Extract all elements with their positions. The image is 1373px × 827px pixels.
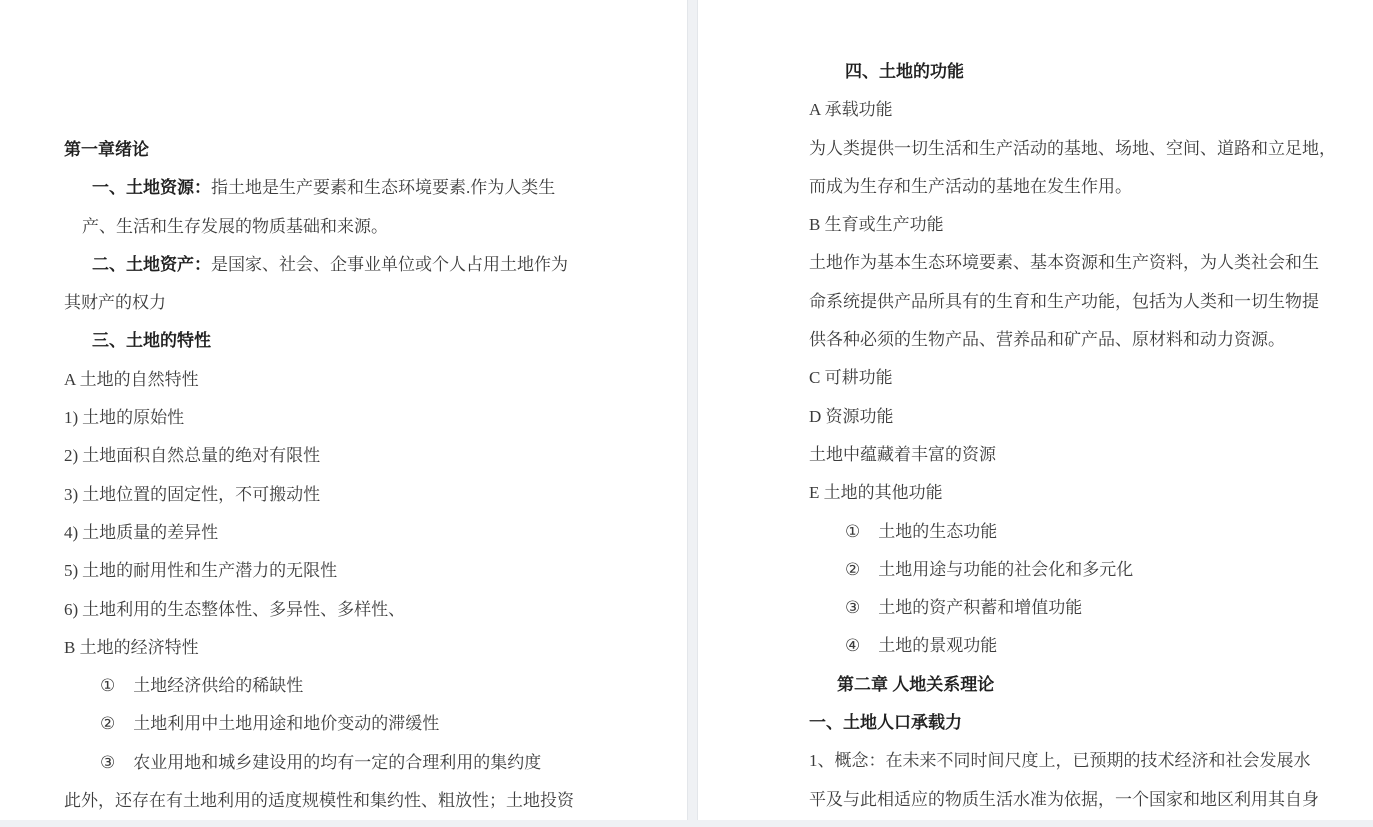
item-number: 2) (64, 437, 78, 475)
circled-number: ② (845, 551, 860, 589)
circled-number: ③ (100, 744, 115, 782)
numbered-item: 6)土地利用的生态整体性、多异性、多样性、 (64, 591, 687, 629)
page-1[interactable]: 第一章绪论 一、土地资源：指土地是生产要素和生态环境要素.作为人类生 产、生活和… (0, 0, 688, 820)
subsection-label: A 承载功能 (809, 91, 1373, 129)
text-line: 为人类提供一切生活和生产活动的基地、场地、空间、道路和立足地， (809, 130, 1373, 168)
text-line: 土地中蕴藏着丰富的资源 (809, 436, 1373, 474)
chapter-heading: 第二章 人地关系理论 (809, 666, 1373, 704)
text-line: 平及与此相适应的物质生活水准为依据，一个国家和地区利用其自身 (809, 781, 1373, 819)
numbered-item: 2)土地面积自然总量的绝对有限性 (64, 437, 687, 475)
circled-item: ②土地用途与功能的社会化和多元化 (809, 551, 1373, 589)
text-line: 产、生活和生存发展的物质基础和来源。 (64, 208, 687, 246)
section-heading: 四、土地的功能 (809, 53, 1373, 91)
item-number: 1) (64, 399, 78, 437)
term-label: 一、土地资源： (92, 178, 211, 197)
circled-item: ④土地的景观功能 (809, 627, 1373, 665)
item-number: 6) (64, 591, 78, 629)
circled-item: ③农业用地和城乡建设用的均有一定的合理利用的集约度 (64, 744, 687, 782)
page-2-content: 四、土地的功能 A 承载功能 为人类提供一切生活和生产活动的基地、场地、空间、道… (698, 0, 1373, 819)
circled-item: ③土地的资产积蓄和增值功能 (809, 589, 1373, 627)
subsection-label: B 生育或生产功能 (809, 206, 1373, 244)
subsection-label: A 土地的自然特性 (64, 361, 687, 399)
page-2[interactable]: 四、土地的功能 A 承载功能 为人类提供一切生活和生产活动的基地、场地、空间、道… (697, 0, 1373, 820)
item-number: 5) (64, 552, 78, 590)
text-line: 土地作为基本生态环境要素、基本资源和生产资料，为人类社会和生 (809, 244, 1373, 282)
circled-number: ① (845, 513, 860, 551)
numbered-item: 1)土地的原始性 (64, 399, 687, 437)
circled-number: ② (100, 705, 115, 743)
section-heading: 一、土地人口承载力 (809, 704, 1373, 742)
text-line: 1、概念：在未来不同时间尺度上，已预期的技术经济和社会发展水 (809, 742, 1373, 780)
numbered-item: 4)土地质量的差异性 (64, 514, 687, 552)
text-line: 命系统提供产品所具有的生育和生产功能，包括为人类和一切生物提 (809, 283, 1373, 321)
text-line: 供各种必须的生物产品、营养品和矿产品、原材料和动力资源。 (809, 321, 1373, 359)
subsection-label: E 土地的其他功能 (809, 474, 1373, 512)
circled-item: ①土地经济供给的稀缺性 (64, 667, 687, 705)
subsection-label: B 土地的经济特性 (64, 629, 687, 667)
term-label: 二、土地资产： (92, 255, 211, 274)
text-line: 此外，还存在有土地利用的适度规模性和集约性、粗放性；土地投资 (64, 782, 687, 820)
circled-item: ②土地利用中土地用途和地价变动的滞缓性 (64, 705, 687, 743)
numbered-item: 3)土地位置的固定性，不可搬动性 (64, 476, 687, 514)
text-line: 其财产的权力 (64, 284, 687, 322)
term-definition: 是国家、社会、企事业单位或个人占用土地作为 (211, 255, 568, 274)
subsection-label: C 可耕功能 (809, 359, 1373, 397)
circled-item: ①土地的生态功能 (809, 513, 1373, 551)
section-heading: 三、土地的特性 (64, 322, 687, 360)
text-line: 二、土地资产：是国家、社会、企事业单位或个人占用土地作为 (64, 246, 687, 284)
circled-number: ① (100, 667, 115, 705)
page-1-content: 第一章绪论 一、土地资源：指土地是生产要素和生态环境要素.作为人类生 产、生活和… (0, 0, 687, 820)
numbered-item: 5)土地的耐用性和生产潜力的无限性 (64, 552, 687, 590)
chapter-heading: 第一章绪论 (64, 131, 687, 169)
subsection-label: D 资源功能 (809, 398, 1373, 436)
circled-number: ④ (845, 627, 860, 665)
circled-number: ③ (845, 589, 860, 627)
term-definition: 指土地是生产要素和生态环境要素.作为人类生 (211, 178, 555, 197)
chapter-heading-text: 第一章绪论 (64, 140, 149, 159)
item-number: 3) (64, 476, 78, 514)
text-line: 一、土地资源：指土地是生产要素和生态环境要素.作为人类生 (64, 169, 687, 207)
text-line: 而成为生存和生产活动的基地在发生作用。 (809, 168, 1373, 206)
item-number: 4) (64, 514, 78, 552)
